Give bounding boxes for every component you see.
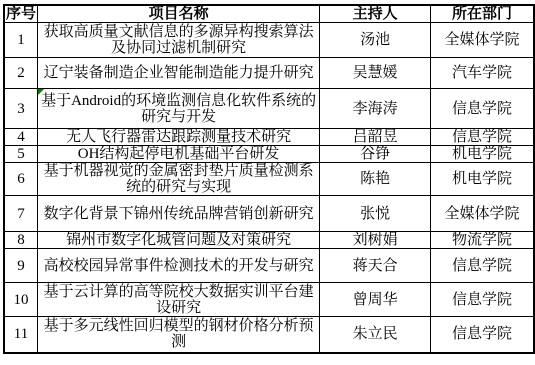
table-row: 1获取高质量文献信息的多源异构搜索算法及协同过滤机制研究汤池全媒体学院 [4, 23, 534, 58]
cell-project[interactable]: 获取高质量文献信息的多源异构搜索算法及协同过滤机制研究 [37, 23, 319, 58]
column-header-leader: 主持人 [320, 5, 431, 23]
table-row: 9高校校园异常事件检测技术的开发与研究蒋天合信息学院 [4, 249, 534, 283]
cell-text: 机电学院 [452, 171, 512, 187]
cell-no[interactable]: 7 [4, 196, 37, 232]
cell-text: 谷铮 [360, 146, 390, 162]
cell-text: 基于Android的环境监测信息化软件系统的研究与开发 [41, 93, 316, 125]
cell-leader[interactable]: 李海涛 [320, 89, 431, 129]
cell-leader[interactable]: 曾周华 [320, 283, 431, 317]
cell-dept[interactable]: 汽车学院 [431, 58, 534, 89]
cell-text: 8 [17, 232, 25, 248]
cell-text: 吕韶昱 [353, 129, 398, 145]
cell-leader[interactable]: 朱立民 [320, 317, 431, 353]
cell-text: 机电学院 [452, 146, 512, 162]
cell-text: 信息学院 [452, 292, 512, 308]
table-row: 5OH结构起停电机基础平台研发谷铮机电学院 [4, 146, 534, 163]
cell-no[interactable]: 2 [4, 58, 37, 89]
cell-text: 11 [14, 326, 28, 342]
cell-text: 物流学院 [452, 232, 512, 248]
cell-text: 朱立民 [353, 326, 398, 342]
cell-leader[interactable]: 张悦 [320, 196, 431, 232]
cell-no[interactable]: 6 [4, 163, 37, 196]
cell-no[interactable]: 10 [4, 283, 37, 317]
cell-leader[interactable]: 陈艳 [320, 163, 431, 196]
cell-dept[interactable]: 全媒体学院 [431, 196, 534, 232]
column-header-dept: 所在部门 [431, 5, 534, 23]
cell-text: 1 [17, 32, 25, 48]
cell-dept[interactable]: 信息学院 [431, 89, 534, 129]
project-table: 序号项目名称主持人所在部门 1获取高质量文献信息的多源异构搜索算法及协同过滤机制… [3, 4, 535, 354]
cell-project[interactable]: 锦州市数字化城管问题及对策研究 [37, 232, 319, 249]
cell-no[interactable]: 8 [4, 232, 37, 249]
cell-dept[interactable]: 全媒体学院 [431, 23, 534, 58]
table-body: 1获取高质量文献信息的多源异构搜索算法及协同过滤机制研究汤池全媒体学院2辽宁装备… [4, 23, 534, 353]
cell-no[interactable]: 3 [4, 89, 37, 129]
cell-dept[interactable]: 信息学院 [431, 129, 534, 146]
cell-no[interactable]: 9 [4, 249, 37, 283]
cell-project[interactable]: 高校校园异常事件检测技术的开发与研究 [37, 249, 319, 283]
cell-text: 蒋天合 [353, 258, 398, 274]
cell-text: 获取高质量文献信息的多源异构搜索算法及协同过滤机制研究 [44, 24, 314, 56]
cell-dept[interactable]: 信息学院 [431, 317, 534, 353]
cell-text: 3 [17, 101, 25, 117]
cell-text: 汽车学院 [452, 65, 512, 81]
cell-no[interactable]: 4 [4, 129, 37, 146]
cell-leader[interactable]: 刘树娟 [320, 232, 431, 249]
cell-dept[interactable]: 信息学院 [431, 249, 534, 283]
column-header-project: 项目名称 [37, 5, 319, 23]
cell-dept[interactable]: 信息学院 [431, 283, 534, 317]
cell-no[interactable]: 5 [4, 146, 37, 163]
cell-no[interactable]: 11 [4, 317, 37, 353]
cell-text: 信息学院 [452, 326, 512, 342]
table-row: 6基于机器视觉的金属密封垫片质量检测系统的研究与实现陈艳机电学院 [4, 163, 534, 196]
cell-text: 信息学院 [452, 258, 512, 274]
cell-text: 10 [13, 292, 28, 308]
cell-text: 无人飞行器雷达跟踪测量技术研究 [66, 129, 291, 145]
cell-project[interactable]: 基于机器视觉的金属密封垫片质量检测系统的研究与实现 [37, 163, 319, 196]
column-header-no: 序号 [4, 5, 37, 23]
cell-text: 9 [17, 258, 25, 274]
table-row: 3基于Android的环境监测信息化软件系统的研究与开发李海涛信息学院 [4, 89, 534, 129]
table-row: 2辽宁装备制造企业智能制造能力提升研究吴慧媛汽车学院 [4, 58, 534, 89]
cell-text: 刘树娟 [353, 232, 398, 248]
cell-text: 李海涛 [353, 101, 398, 117]
cell-text: 吴慧媛 [353, 65, 398, 81]
cell-dept[interactable]: 物流学院 [431, 232, 534, 249]
table-row: 4无人飞行器雷达跟踪测量技术研究吕韶昱信息学院 [4, 129, 534, 146]
cell-leader[interactable]: 吴慧媛 [320, 58, 431, 89]
cell-text: OH结构起停电机基础平台研发 [78, 146, 280, 162]
cell-project[interactable]: 基于云计算的高等院校大数据实训平台建设研究 [37, 283, 319, 317]
cell-leader[interactable]: 汤池 [320, 23, 431, 58]
table-row: 11基于多元线性回归模型的钢材价格分析预测朱立民信息学院 [4, 317, 534, 353]
cell-text: 辽宁装备制造企业智能制造能力提升研究 [44, 65, 314, 81]
cell-text: 张悦 [360, 206, 390, 222]
cell-dept[interactable]: 机电学院 [431, 146, 534, 163]
cell-text: 5 [17, 146, 25, 162]
cell-text: 全媒体学院 [445, 32, 520, 48]
cell-no[interactable]: 1 [4, 23, 37, 58]
cell-text: 汤池 [360, 32, 390, 48]
cell-text: 信息学院 [452, 129, 512, 145]
cell-leader[interactable]: 蒋天合 [320, 249, 431, 283]
cell-text: 高校校园异常事件检测技术的开发与研究 [44, 258, 314, 274]
cell-project[interactable]: 基于Android的环境监测信息化软件系统的研究与开发 [37, 89, 319, 129]
cell-text: 基于云计算的高等院校大数据实训平台建设研究 [44, 284, 314, 316]
header-row: 序号项目名称主持人所在部门 [4, 5, 534, 23]
table-row: 8锦州市数字化城管问题及对策研究刘树娟物流学院 [4, 232, 534, 249]
cell-project[interactable]: 无人飞行器雷达跟踪测量技术研究 [37, 129, 319, 146]
table-header: 序号项目名称主持人所在部门 [4, 5, 534, 23]
document-sheet: 序号项目名称主持人所在部门 1获取高质量文献信息的多源异构搜索算法及协同过滤机制… [3, 4, 535, 354]
cell-text: 锦州市数字化城管问题及对策研究 [66, 232, 291, 248]
cell-text: 6 [17, 171, 25, 187]
cell-text: 全媒体学院 [445, 206, 520, 222]
cell-text: 4 [17, 129, 25, 145]
cell-text: 数字化背景下锦州传统品牌营销创新研究 [44, 206, 314, 222]
cell-project[interactable]: OH结构起停电机基础平台研发 [37, 146, 319, 163]
cell-leader[interactable]: 谷铮 [320, 146, 431, 163]
cell-text: 陈艳 [360, 171, 390, 187]
cell-text: 基于多元线性回归模型的钢材价格分析预测 [44, 318, 314, 350]
cell-project[interactable]: 数字化背景下锦州传统品牌营销创新研究 [37, 196, 319, 232]
cell-leader[interactable]: 吕韶昱 [320, 129, 431, 146]
cell-project[interactable]: 基于多元线性回归模型的钢材价格分析预测 [37, 317, 319, 353]
cell-text: 7 [17, 206, 25, 222]
cell-text: 曾周华 [353, 292, 398, 308]
cell-text: 信息学院 [452, 101, 512, 117]
cell-text: 2 [17, 65, 25, 81]
cell-dept[interactable]: 机电学院 [431, 163, 534, 196]
table-row: 10基于云计算的高等院校大数据实训平台建设研究曾周华信息学院 [4, 283, 534, 317]
cell-project[interactable]: 辽宁装备制造企业智能制造能力提升研究 [37, 58, 319, 89]
cell-note-marker-icon [38, 89, 44, 95]
cell-text: 基于机器视觉的金属密封垫片质量检测系统的研究与实现 [44, 163, 314, 195]
table-row: 7数字化背景下锦州传统品牌营销创新研究张悦全媒体学院 [4, 196, 534, 232]
